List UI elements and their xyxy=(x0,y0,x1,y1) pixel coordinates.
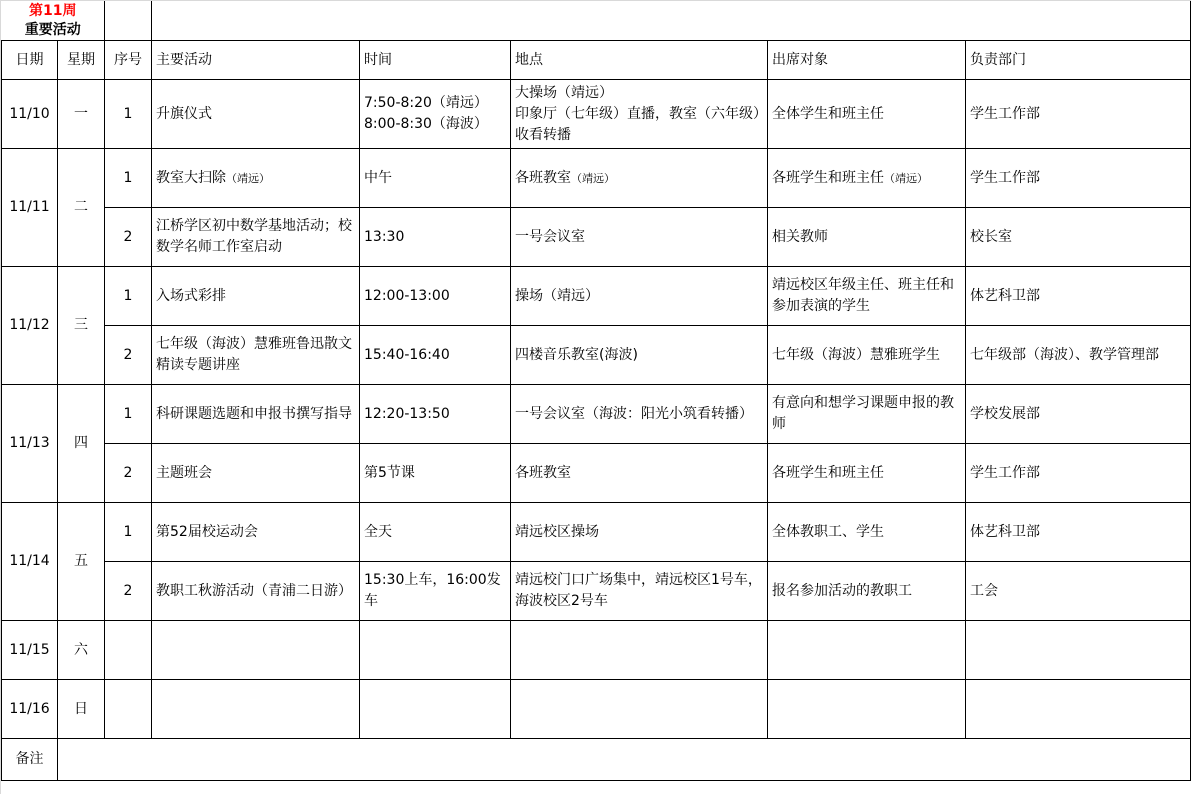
weekday-cell[interactable]: 日 xyxy=(58,680,105,739)
time-cell[interactable] xyxy=(360,621,511,680)
activity-cell[interactable]: 七年级（海波）慧雅班鲁迅散文精读专题讲座 xyxy=(152,326,360,385)
time-cell[interactable]: 12:20-13:50 xyxy=(360,385,511,444)
location-cell[interactable]: 一号会议室（海波：阳光小筑看转播） xyxy=(511,385,768,444)
department-cell-text: 学生工作部 xyxy=(970,106,1040,122)
department-cell[interactable]: 工会 xyxy=(966,562,1191,621)
location-cell-text: 一号会议室（海波：阳光小筑看转播） xyxy=(515,406,753,422)
time-cell[interactable]: 13:30 xyxy=(360,208,511,267)
blank-cell[interactable] xyxy=(105,1,152,41)
activity-cell-text: 科研课题选题和申报书撰写指导 xyxy=(156,406,352,422)
department-cell[interactable]: 学生工作部 xyxy=(966,444,1191,503)
notes-label[interactable]: 备注 xyxy=(2,739,58,781)
department-cell-text: 学生工作部 xyxy=(970,170,1040,186)
activity-cell[interactable] xyxy=(152,621,360,680)
index-cell[interactable]: 1 xyxy=(105,385,152,444)
header-location[interactable]: 地点 xyxy=(511,41,768,80)
notes-value[interactable] xyxy=(58,739,1191,781)
weekday-cell[interactable]: 五 xyxy=(58,503,105,621)
location-cell[interactable]: 操场（靖远） xyxy=(511,267,768,326)
attendees-cell-text: 全体学生和班主任 xyxy=(772,106,884,122)
department-cell-text: 学生工作部 xyxy=(970,465,1040,481)
time-cell-text: 12:20-13:50 xyxy=(364,406,450,422)
index-cell[interactable]: 1 xyxy=(105,267,152,326)
time-cell-text: 13:30 xyxy=(364,229,404,245)
location-cell-text: 各班教室 xyxy=(515,465,571,481)
header-index[interactable]: 序号 xyxy=(105,41,152,80)
notes-row: 备注 xyxy=(2,739,1191,781)
time-cell[interactable]: 第5节课 xyxy=(360,444,511,503)
index-cell-text: 2 xyxy=(124,465,133,481)
index-cell-text: 1 xyxy=(124,288,133,304)
location-cell-text: 操场（靖远） xyxy=(515,288,599,304)
table-row: 11/12三1入场式彩排12:00-13:00操场（靖远）靖远校区年级主任、班主… xyxy=(2,267,1191,326)
index-cell-text: 2 xyxy=(124,229,133,245)
attendees-cell-text: 有意向和想学习课题申报的教师 xyxy=(772,395,954,432)
time-cell[interactable]: 全天 xyxy=(360,503,511,562)
index-cell-text: 1 xyxy=(124,406,133,422)
weekday-cell[interactable]: 二 xyxy=(58,149,105,267)
index-cell[interactable]: 2 xyxy=(105,562,152,621)
header-attendees[interactable]: 出席对象 xyxy=(768,41,966,80)
index-cell-text: 2 xyxy=(124,347,133,363)
attendees-cell-text: 七年级（海波）慧雅班学生 xyxy=(772,347,940,363)
attendees-cell[interactable] xyxy=(768,621,966,680)
sheet-title: 重要活动 xyxy=(2,21,105,40)
index-cell[interactable] xyxy=(105,621,152,680)
attendees-cell-text: 报名参加活动的教职工 xyxy=(772,583,912,599)
title-cell[interactable]: 第11周 重要活动 xyxy=(2,1,105,41)
activity-cell-note: （靖远） xyxy=(226,172,270,185)
attendees-cell-text: 靖远校区年级主任、班主任和参加表演的学生 xyxy=(772,277,954,314)
table-row: 11/11二1教室大扫除（靖远）中午各班教室（靖远）各班学生和班主任（靖远）学生… xyxy=(2,149,1191,208)
attendees-cell[interactable]: 全体学生和班主任 xyxy=(768,80,966,149)
index-cell[interactable]: 1 xyxy=(105,80,152,149)
department-cell[interactable]: 体艺科卫部 xyxy=(966,503,1191,562)
time-cell-text: 15:30上车，16:00发车 xyxy=(364,572,501,609)
location-cell-text: 各班教室 xyxy=(515,170,571,186)
index-cell[interactable] xyxy=(105,680,152,739)
location-cell[interactable] xyxy=(511,621,768,680)
attendees-cell[interactable]: 各班学生和班主任（靖远） xyxy=(768,149,966,208)
activity-cell-text: 江桥学区初中数学基地活动；校数学名师工作室启动 xyxy=(156,218,352,255)
activity-cell[interactable]: 第52届校运动会 xyxy=(152,503,360,562)
index-cell[interactable]: 1 xyxy=(105,149,152,208)
location-cell-text: 大操场（靖远） 印象厅（七年级）直播，教室（六年级）收看转播 xyxy=(515,85,760,143)
table-row: 11/15六 xyxy=(2,621,1191,680)
activity-cell[interactable]: 入场式彩排 xyxy=(152,267,360,326)
location-cell[interactable]: 大操场（靖远） 印象厅（七年级）直播，教室（六年级）收看转播 xyxy=(511,80,768,149)
activity-cell[interactable] xyxy=(152,680,360,739)
weekday-cell[interactable]: 四 xyxy=(58,385,105,503)
time-cell-text: 中午 xyxy=(364,170,392,186)
weekday-cell[interactable]: 一 xyxy=(58,80,105,149)
table-row: 2七年级（海波）慧雅班鲁迅散文精读专题讲座15:40-16:40四楼音乐教室(海… xyxy=(2,326,1191,385)
attendees-cell[interactable]: 有意向和想学习课题申报的教师 xyxy=(768,385,966,444)
header-activity[interactable]: 主要活动 xyxy=(152,41,360,80)
time-cell[interactable] xyxy=(360,680,511,739)
location-cell[interactable]: 各班教室（靖远） xyxy=(511,149,768,208)
date-cell[interactable]: 11/13 xyxy=(2,385,58,503)
activity-cell[interactable]: 教职工秋游活动（青浦二日游） xyxy=(152,562,360,621)
department-cell-text: 学校发展部 xyxy=(970,406,1040,422)
department-cell[interactable]: 七年级部（海波）、教学管理部 xyxy=(966,326,1191,385)
department-cell[interactable]: 体艺科卫部 xyxy=(966,267,1191,326)
table-row: 11/14五1第52届校运动会全天靖远校区操场全体教职工、学生体艺科卫部 xyxy=(2,503,1191,562)
attendees-cell-text: 各班学生和班主任 xyxy=(772,170,884,186)
index-cell[interactable]: 2 xyxy=(105,326,152,385)
activity-cell-text: 教职工秋游活动（青浦二日游） xyxy=(156,583,352,599)
table-row: 11/10一1升旗仪式7:50-8:20（靖远） 8:00-8:30（海波）大操… xyxy=(2,80,1191,149)
table-row: 2教职工秋游活动（青浦二日游）15:30上车，16:00发车靖远校门口广场集中，… xyxy=(2,562,1191,621)
time-cell-text: 15:40-16:40 xyxy=(364,347,450,363)
time-cell-text: 第5节课 xyxy=(364,465,415,481)
attendees-cell[interactable]: 全体教职工、学生 xyxy=(768,503,966,562)
location-cell-text: 四楼音乐教室(海波) xyxy=(515,347,638,363)
location-cell[interactable]: 四楼音乐教室(海波) xyxy=(511,326,768,385)
location-cell[interactable]: 各班教室 xyxy=(511,444,768,503)
attendees-cell[interactable]: 靖远校区年级主任、班主任和参加表演的学生 xyxy=(768,267,966,326)
index-cell[interactable]: 2 xyxy=(105,208,152,267)
location-cell-text: 靖远校门口广场集中，靖远校区1号车，海波校区2号车 xyxy=(515,572,762,609)
activity-cell[interactable]: 升旗仪式 xyxy=(152,80,360,149)
time-cell[interactable]: 12:00-13:00 xyxy=(360,267,511,326)
location-cell[interactable]: 靖远校区操场 xyxy=(511,503,768,562)
table-row: 2江桥学区初中数学基地活动；校数学名师工作室启动13:30一号会议室相关教师校长… xyxy=(2,208,1191,267)
date-cell[interactable]: 11/14 xyxy=(2,503,58,621)
time-cell[interactable]: 7:50-8:20（靖远） 8:00-8:30（海波） xyxy=(360,80,511,149)
header-department[interactable]: 负责部门 xyxy=(966,41,1191,80)
department-cell[interactable]: 学生工作部 xyxy=(966,80,1191,149)
header-weekday[interactable]: 星期 xyxy=(58,41,105,80)
date-cell[interactable]: 11/11 xyxy=(2,149,58,267)
activity-cell-text: 第52届校运动会 xyxy=(156,524,258,540)
department-cell[interactable] xyxy=(966,621,1191,680)
attendees-cell[interactable] xyxy=(768,680,966,739)
date-cell[interactable]: 11/16 xyxy=(2,680,58,739)
weekly-activities-table: 第11周 重要活动 日期 星期 序号 主要活动 时间 地点 出席对象 负责部门 … xyxy=(1,1,1191,781)
attendees-cell-text: 相关教师 xyxy=(772,229,828,245)
location-cell[interactable]: 靖远校门口广场集中，靖远校区1号车，海波校区2号车 xyxy=(511,562,768,621)
location-cell-text: 靖远校区操场 xyxy=(515,524,599,540)
activity-cell-text: 入场式彩排 xyxy=(156,288,226,304)
time-cell-text: 7:50-8:20（靖远） 8:00-8:30（海波） xyxy=(364,95,488,132)
attendees-cell-note: （靖远） xyxy=(884,172,928,185)
attendees-cell[interactable]: 相关教师 xyxy=(768,208,966,267)
activity-cell[interactable]: 科研课题选题和申报书撰写指导 xyxy=(152,385,360,444)
activity-cell[interactable]: 主题班会 xyxy=(152,444,360,503)
weekday-cell[interactable]: 六 xyxy=(58,621,105,680)
index-cell-text: 1 xyxy=(124,524,133,540)
blank-header-cell[interactable] xyxy=(152,1,1191,41)
activity-cell-text: 升旗仪式 xyxy=(156,106,212,122)
date-cell[interactable]: 11/12 xyxy=(2,267,58,385)
activity-cell-text: 主题班会 xyxy=(156,465,212,481)
activity-cell-text: 七年级（海波）慧雅班鲁迅散文精读专题讲座 xyxy=(156,336,352,373)
activity-cell[interactable]: 教室大扫除（靖远） xyxy=(152,149,360,208)
attendees-cell-text: 全体教职工、学生 xyxy=(772,524,884,540)
activity-cell-text: 教室大扫除 xyxy=(156,170,226,186)
header-time[interactable]: 时间 xyxy=(360,41,511,80)
department-cell[interactable] xyxy=(966,680,1191,739)
time-cell[interactable]: 15:40-16:40 xyxy=(360,326,511,385)
index-cell[interactable]: 2 xyxy=(105,444,152,503)
department-cell-text: 工会 xyxy=(970,583,998,599)
time-cell[interactable]: 中午 xyxy=(360,149,511,208)
location-cell[interactable] xyxy=(511,680,768,739)
index-cell-text: 1 xyxy=(124,170,133,186)
attendees-cell-text: 各班学生和班主任 xyxy=(772,465,884,481)
weekday-cell[interactable]: 三 xyxy=(58,267,105,385)
activity-cell[interactable]: 江桥学区初中数学基地活动；校数学名师工作室启动 xyxy=(152,208,360,267)
table-row: 2主题班会第5节课各班教室各班学生和班主任学生工作部 xyxy=(2,444,1191,503)
header-date[interactable]: 日期 xyxy=(2,41,58,80)
index-cell-text: 1 xyxy=(124,106,133,122)
time-cell[interactable]: 15:30上车，16:00发车 xyxy=(360,562,511,621)
time-cell-text: 全天 xyxy=(364,524,392,540)
index-cell[interactable]: 1 xyxy=(105,503,152,562)
location-cell-text: 一号会议室 xyxy=(515,229,585,245)
attendees-cell[interactable]: 报名参加活动的教职工 xyxy=(768,562,966,621)
time-cell-text: 12:00-13:00 xyxy=(364,288,450,304)
attendees-cell[interactable]: 各班学生和班主任 xyxy=(768,444,966,503)
department-cell[interactable]: 学生工作部 xyxy=(966,149,1191,208)
index-cell-text: 2 xyxy=(124,583,133,599)
table-row: 11/16日 xyxy=(2,680,1191,739)
column-header-row: 日期 星期 序号 主要活动 时间 地点 出席对象 负责部门 xyxy=(2,41,1191,80)
department-cell-text: 七年级部（海波）、教学管理部 xyxy=(970,347,1159,363)
department-cell-text: 体艺科卫部 xyxy=(970,288,1040,304)
location-cell-note: （靖远） xyxy=(571,172,615,185)
attendees-cell[interactable]: 七年级（海波）慧雅班学生 xyxy=(768,326,966,385)
department-cell-text: 校长室 xyxy=(970,229,1012,245)
date-cell[interactable]: 11/10 xyxy=(2,80,58,149)
table-row: 11/13四1科研课题选题和申报书撰写指导12:20-13:50一号会议室（海波… xyxy=(2,385,1191,444)
department-cell[interactable]: 学校发展部 xyxy=(966,385,1191,444)
date-cell[interactable]: 11/15 xyxy=(2,621,58,680)
department-cell[interactable]: 校长室 xyxy=(966,208,1191,267)
week-label: 第11周 xyxy=(2,2,105,21)
location-cell[interactable]: 一号会议室 xyxy=(511,208,768,267)
department-cell-text: 体艺科卫部 xyxy=(970,524,1040,540)
